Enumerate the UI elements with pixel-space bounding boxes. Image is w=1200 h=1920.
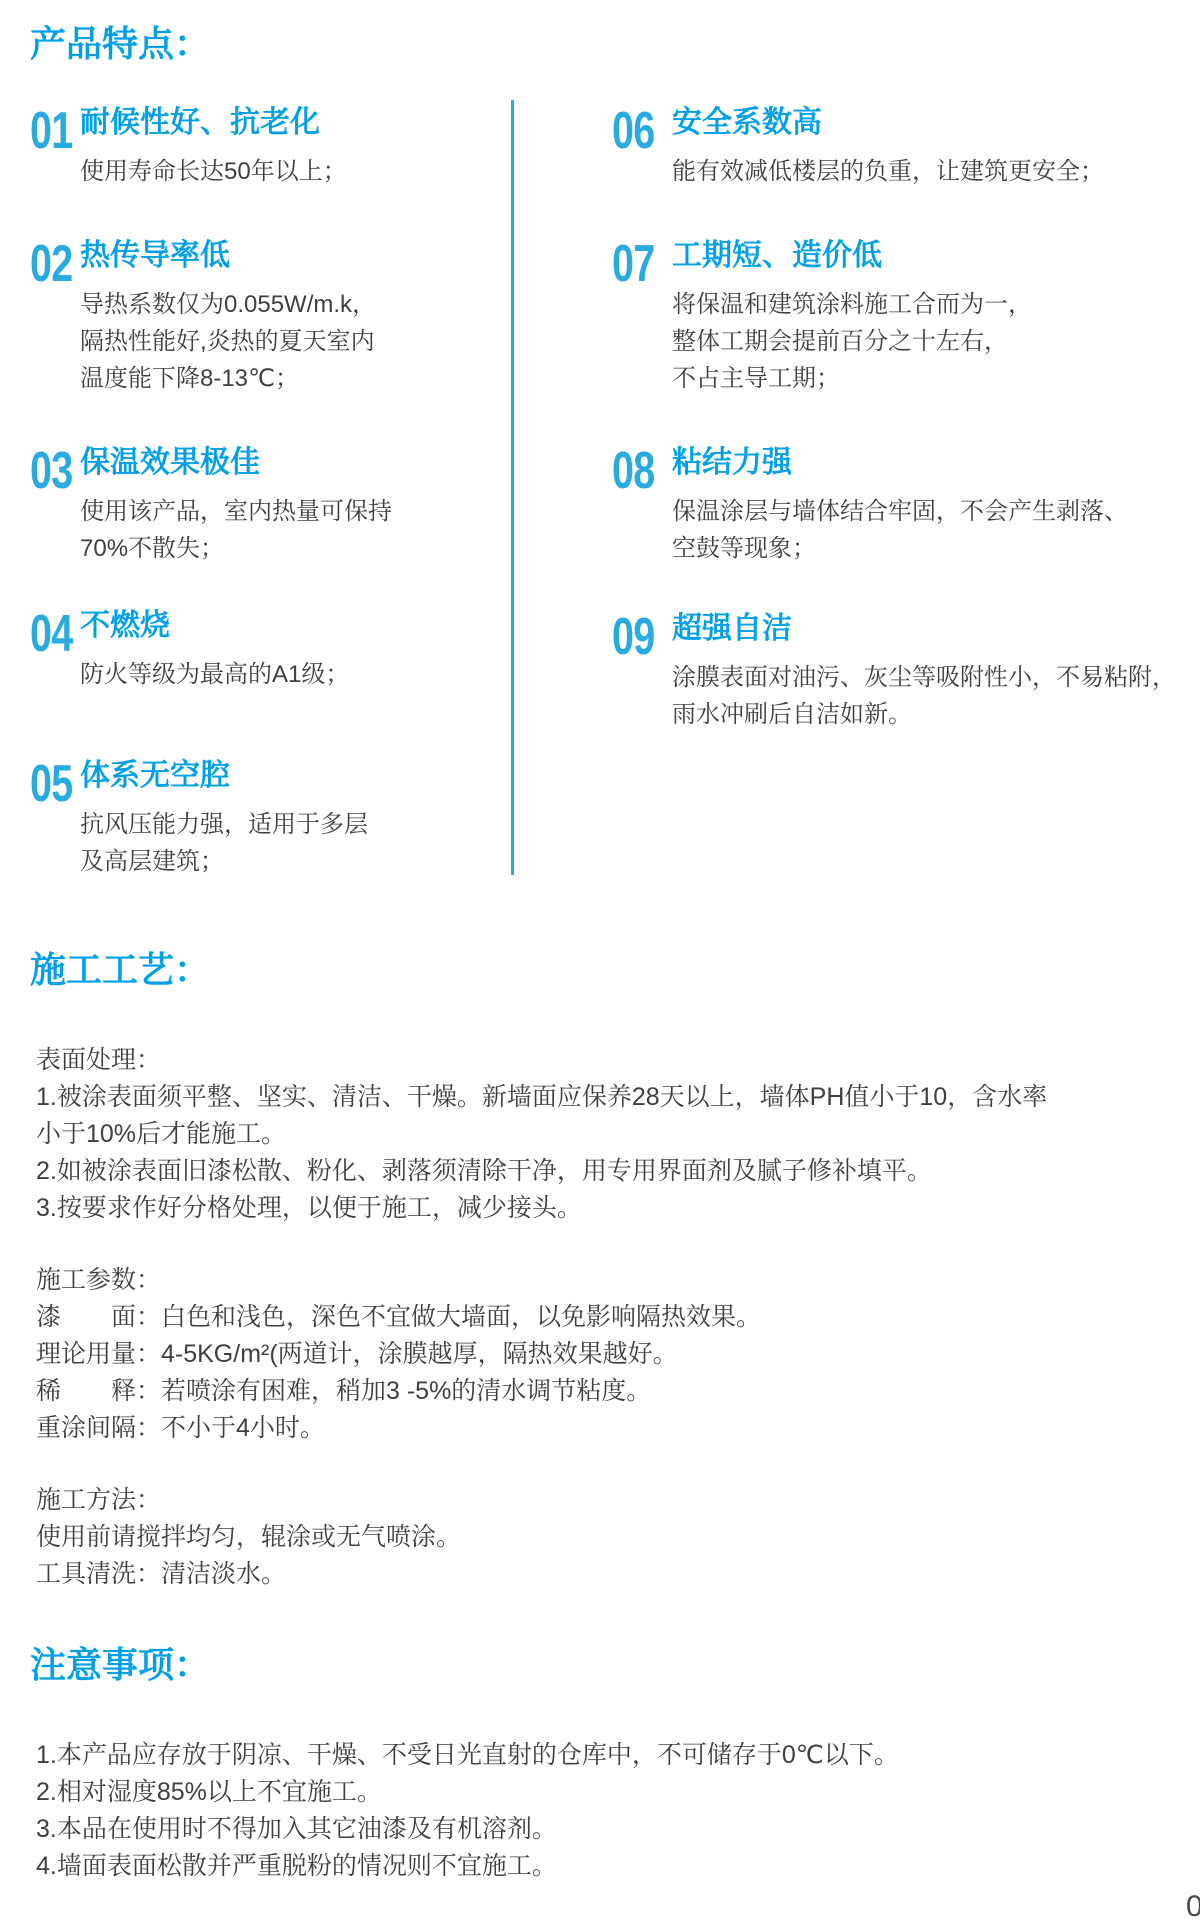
feature-line: 空鼓等现象；	[672, 530, 1128, 567]
notes-header: 注意事项：	[30, 1643, 210, 1687]
feature-item: 04 不燃烧 防火等级为最高的A1级；	[30, 609, 349, 693]
feature-body: 耐候性好、抗老化 使用寿命长达50年以上；	[80, 106, 347, 190]
text-line: 漆 面：白色和浅色，深色不宜做大墙面，以免影响隔热效果。	[36, 1299, 761, 1336]
feature-item: 01 耐候性好、抗老化 使用寿命长达50年以上；	[30, 106, 347, 190]
text-line: 重涂间隔：不小于4小时。	[36, 1410, 761, 1447]
feature-title: 保温效果极佳	[80, 446, 392, 480]
feature-line: 将保温和建筑涂料施工合而为一，	[672, 286, 1032, 323]
feature-item: 03 保温效果极佳 使用该产品，室内热量可保持 70%不散失；	[30, 446, 392, 567]
feature-line: 涂膜表面对油污、灰尘等吸附性小，不易粘附，	[672, 659, 1176, 696]
construction-method-block: 施工方法： 使用前请搅拌均匀，辊涂或无气喷涂。 工具清洗：清洁淡水。	[36, 1482, 461, 1593]
text-line: 稀 释：若喷涂有困难，稍加3 -5%的清水调节粘度。	[36, 1373, 761, 1410]
feature-number: 03	[30, 446, 72, 496]
feature-line: 防火等级为最高的A1级；	[80, 656, 349, 693]
feature-line: 导热系数仅为0.055W/m.k，	[80, 286, 376, 323]
feature-number: 08	[612, 446, 658, 496]
feature-body: 不燃烧 防火等级为最高的A1级；	[80, 609, 349, 693]
feature-title: 体系无空腔	[80, 759, 368, 793]
construction-params-block: 施工参数： 漆 面：白色和浅色，深色不宜做大墙面，以免影响隔热效果。 理论用量：…	[36, 1262, 761, 1447]
feature-body: 体系无空腔 抗风压能力强，适用于多层 及高层建筑；	[80, 759, 368, 880]
feature-title: 热传导率低	[80, 239, 376, 273]
feature-number: 05	[30, 759, 72, 809]
feature-line: 隔热性能好,炎热的夏天室内	[80, 323, 376, 360]
text-line: 4.墙面表面松散并严重脱粉的情况则不宜施工。	[36, 1848, 899, 1885]
feature-body: 粘结力强 保温涂层与墙体结合牢固，不会产生剥落、 空鼓等现象；	[672, 446, 1128, 567]
feature-line: 温度能下降8-13℃；	[80, 360, 376, 397]
feature-number: 09	[612, 612, 658, 662]
feature-line: 能有效减低楼层的负重，让建筑更安全；	[672, 153, 1104, 190]
text-line: 理论用量：4-5KG/m²(两道计，涂膜越厚，隔热效果越好。	[36, 1336, 761, 1373]
feature-title: 不燃烧	[80, 609, 349, 643]
feature-body: 工期短、造价低 将保温和建筑涂料施工合而为一， 整体工期会提前百分之十左右， 不…	[672, 239, 1032, 397]
feature-title: 粘结力强	[672, 446, 1128, 480]
feature-line: 抗风压能力强，适用于多层	[80, 806, 368, 843]
feature-title: 工期短、造价低	[672, 239, 1032, 273]
feature-item: 06 安全系数高 能有效减低楼层的负重，让建筑更安全；	[612, 106, 1104, 190]
process-header: 施工工艺：	[30, 948, 210, 992]
surface-treatment-block: 表面处理： 1.被涂表面须平整、坚实、清洁、干燥。新墙面应保养28天以上，墙体P…	[36, 1042, 1047, 1227]
features-header: 产品特点：	[30, 22, 210, 66]
feature-title: 耐候性好、抗老化	[80, 106, 347, 140]
feature-title: 安全系数高	[672, 106, 1104, 140]
feature-line: 使用寿命长达50年以上；	[80, 153, 347, 190]
text-line: 1.被涂表面须平整、坚实、清洁、干燥。新墙面应保养28天以上，墙体PH值小于10…	[36, 1079, 1047, 1116]
product-detail-page: 产品特点： 01 耐候性好、抗老化 使用寿命长达50年以上； 02 热传导率低 …	[0, 0, 1200, 1920]
column-divider	[511, 100, 514, 875]
feature-item: 05 体系无空腔 抗风压能力强，适用于多层 及高层建筑；	[30, 759, 368, 880]
feature-title: 超强自洁	[672, 612, 1176, 646]
feature-item: 07 工期短、造价低 将保温和建筑涂料施工合而为一， 整体工期会提前百分之十左右…	[612, 239, 1032, 397]
text-line: 1.本产品应存放于阴凉、干燥、不受日光直射的仓库中，不可储存于0℃以下。	[36, 1737, 899, 1774]
feature-body: 超强自洁 涂膜表面对油污、灰尘等吸附性小，不易粘附， 雨水冲刷后自洁如新。	[672, 612, 1176, 733]
feature-line: 70%不散失；	[80, 530, 392, 567]
text-line: 3.本品在使用时不得加入其它油漆及有机溶剂。	[36, 1811, 899, 1848]
feature-item: 02 热传导率低 导热系数仅为0.055W/m.k， 隔热性能好,炎热的夏天室内…	[30, 239, 376, 397]
feature-line: 雨水冲刷后自洁如新。	[672, 696, 1176, 733]
feature-line: 保温涂层与墙体结合牢固，不会产生剥落、	[672, 493, 1128, 530]
feature-number: 07	[612, 239, 658, 289]
text-line: 2.相对湿度85%以上不宜施工。	[36, 1774, 899, 1811]
text-line: 工具清洗：清洁淡水。	[36, 1556, 461, 1593]
text-line: 2.如被涂表面旧漆松散、粉化、剥落须清除干净，用专用界面剂及腻子修补填平。	[36, 1153, 1047, 1190]
feature-line: 使用该产品，室内热量可保持	[80, 493, 392, 530]
text-line: 3.按要求作好分格处理，以便于施工，减少接头。	[36, 1190, 1047, 1227]
feature-number: 06	[612, 106, 658, 156]
feature-item: 09 超强自洁 涂膜表面对油污、灰尘等吸附性小，不易粘附， 雨水冲刷后自洁如新。	[612, 612, 1176, 733]
feature-number: 01	[30, 106, 72, 156]
feature-line: 不占主导工期；	[672, 360, 1032, 397]
feature-number: 04	[30, 609, 72, 659]
notes-block: 1.本产品应存放于阴凉、干燥、不受日光直射的仓库中，不可储存于0℃以下。 2.相…	[36, 1737, 899, 1885]
block-title: 表面处理：	[36, 1042, 1047, 1079]
feature-line: 整体工期会提前百分之十左右，	[672, 323, 1032, 360]
feature-line: 及高层建筑；	[80, 843, 368, 880]
feature-item: 08 粘结力强 保温涂层与墙体结合牢固，不会产生剥落、 空鼓等现象；	[612, 446, 1128, 567]
feature-body: 保温效果极佳 使用该产品，室内热量可保持 70%不散失；	[80, 446, 392, 567]
page-number: 0	[1186, 1890, 1200, 1920]
text-line: 小于10%后才能施工。	[36, 1116, 1047, 1153]
feature-number: 02	[30, 239, 72, 289]
text-line: 使用前请搅拌均匀，辊涂或无气喷涂。	[36, 1519, 461, 1556]
feature-body: 安全系数高 能有效减低楼层的负重，让建筑更安全；	[672, 106, 1104, 190]
block-title: 施工参数：	[36, 1262, 761, 1299]
block-title: 施工方法：	[36, 1482, 461, 1519]
feature-body: 热传导率低 导热系数仅为0.055W/m.k， 隔热性能好,炎热的夏天室内 温度…	[80, 239, 376, 397]
